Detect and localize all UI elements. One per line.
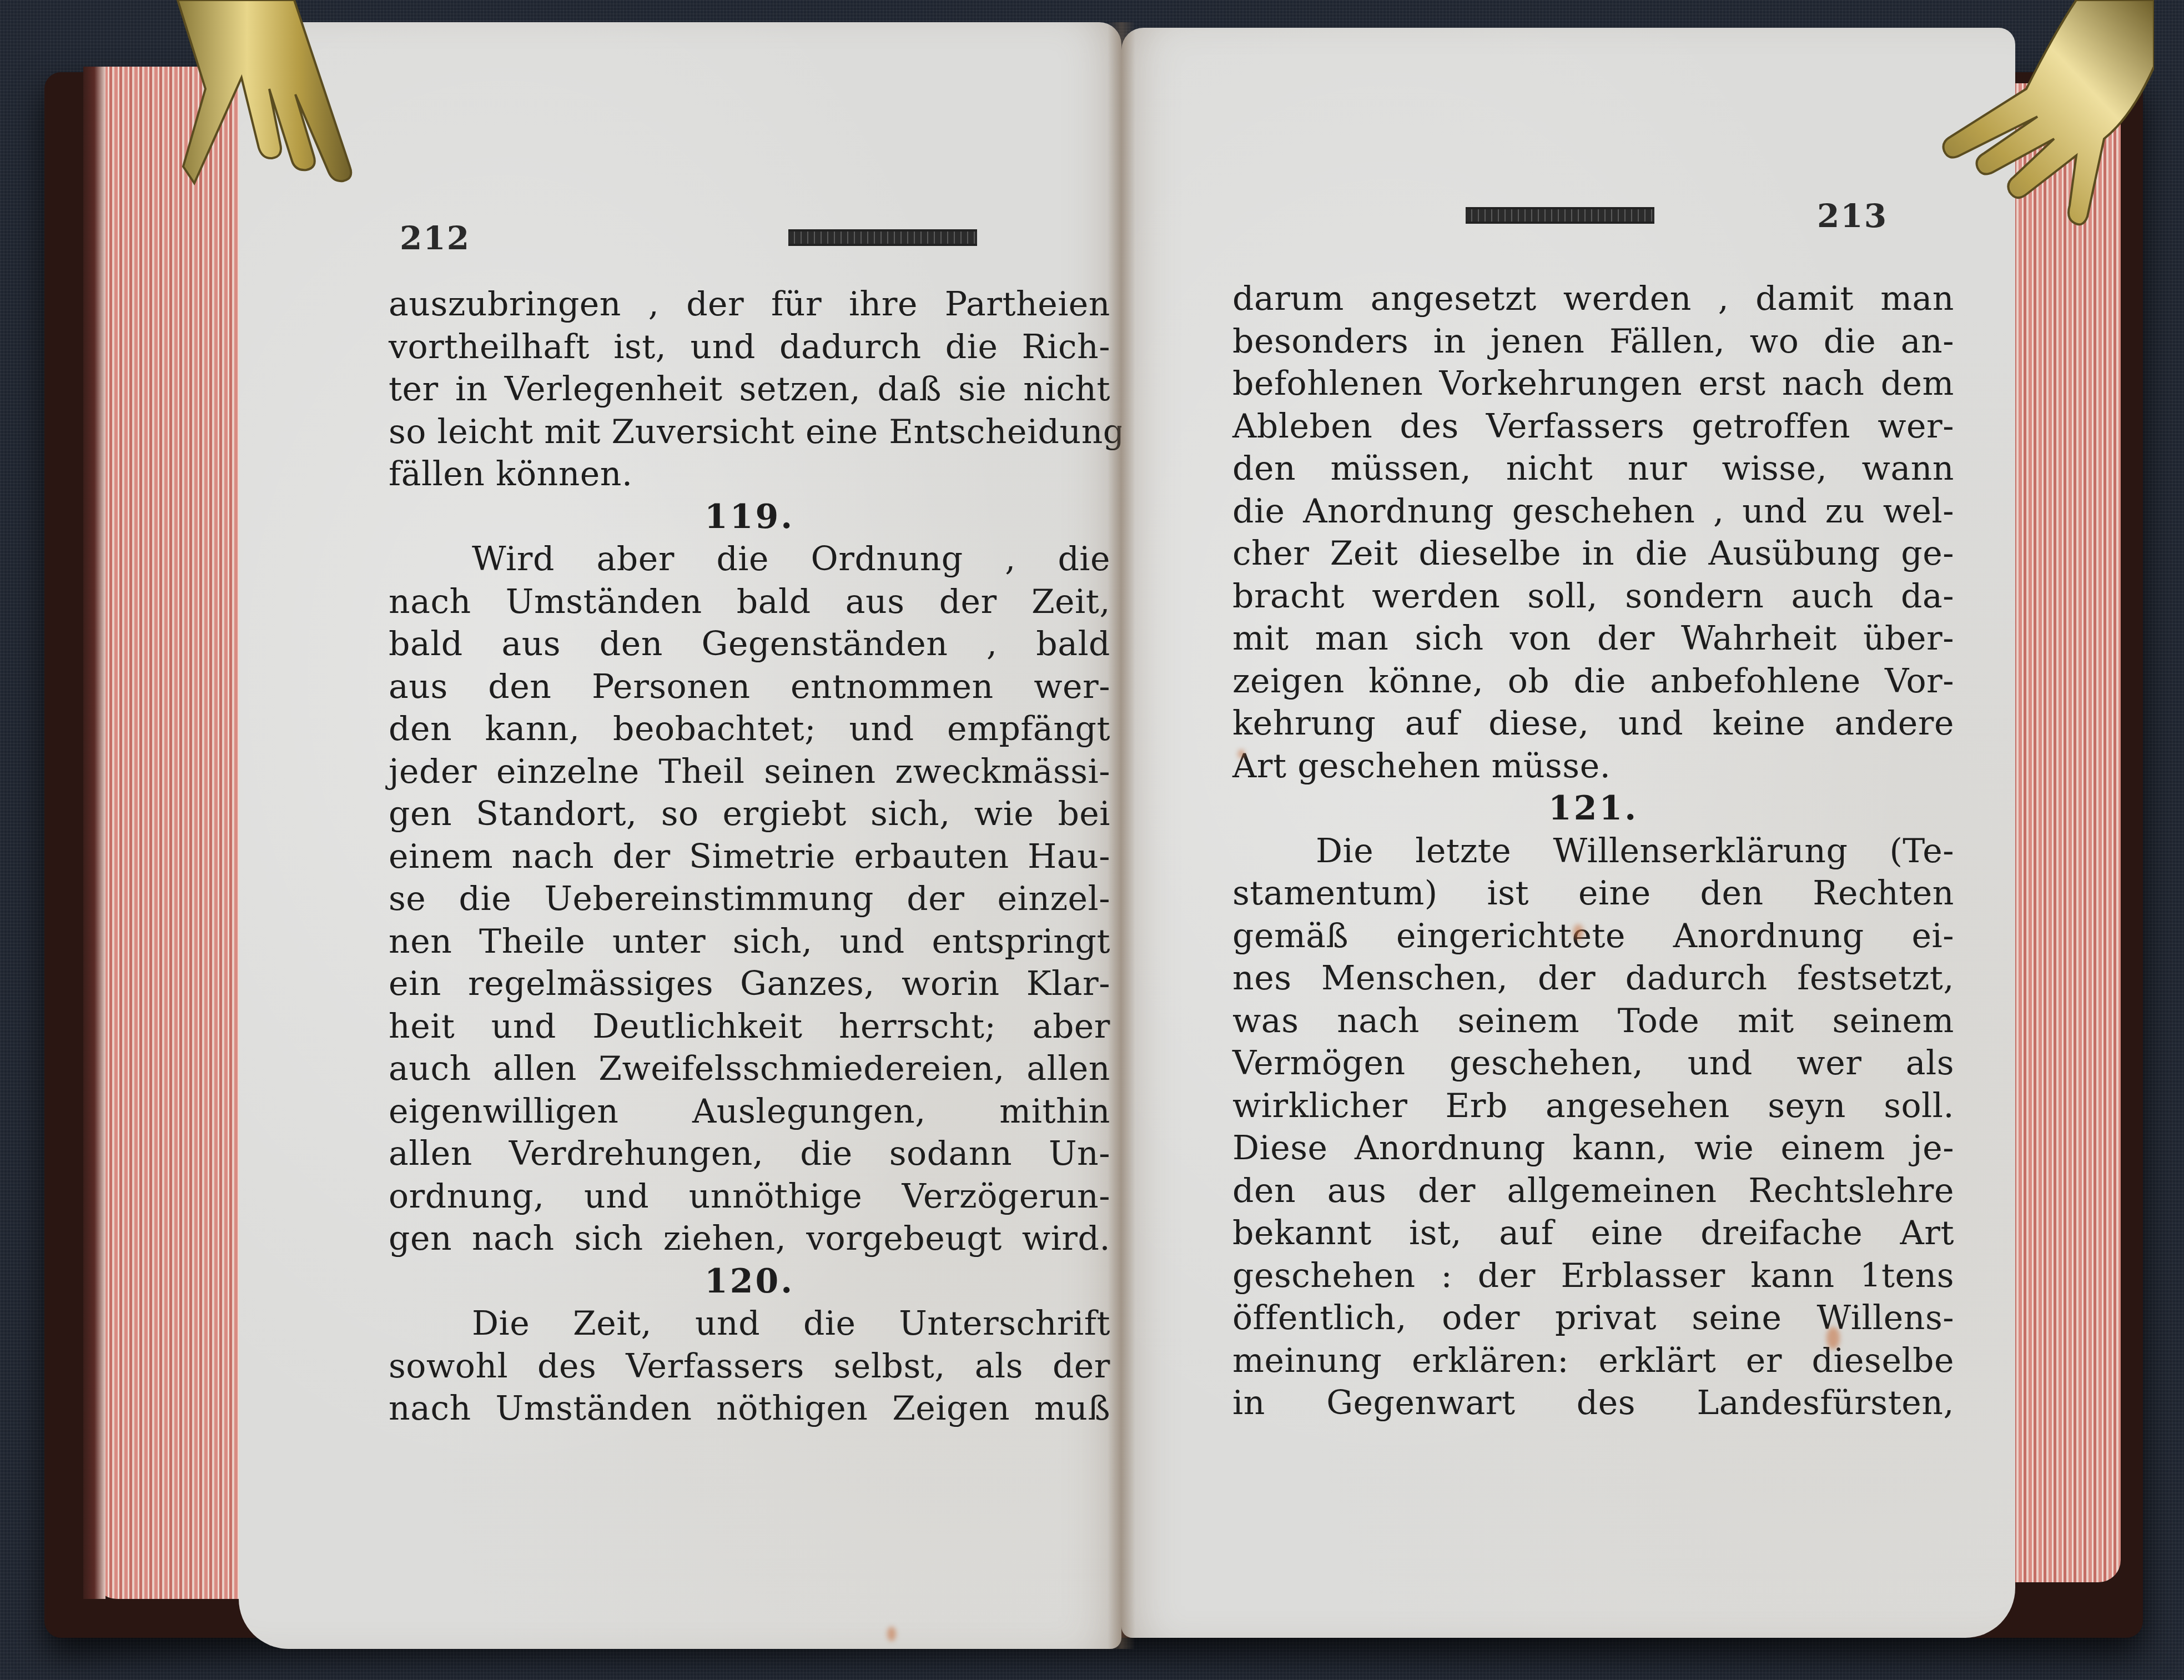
text-line: einem nach der Simetrie erbauten Hau- — [389, 836, 1110, 878]
text-line: stamentum) ist eine den Rechten — [1232, 872, 1954, 915]
text-line: in Gegenwart des Landesfürsten, — [1232, 1382, 1954, 1425]
text-line: Ableben des Verfassers getroffen wer- — [1232, 405, 1954, 448]
foxing-stain — [1826, 1327, 1840, 1349]
text-line: jeder einzelne Theil seinen zweckmässi- — [389, 751, 1110, 793]
text-line: vortheilhaft ist, und dadurch die Rich- — [389, 326, 1110, 369]
text-line: meinung erklären: erklärt er dieselbe — [1232, 1340, 1954, 1382]
text-line: den kann, beobachtet; und empfängt — [389, 708, 1110, 751]
right-page-edges — [1999, 83, 2121, 1582]
text-line: nach Umständen nöthigen Zeigen muß — [389, 1387, 1110, 1430]
foxing-stain — [1238, 750, 1245, 758]
text-line: Vermögen geschehen, und wer als — [1232, 1042, 1954, 1085]
text-line: nach Umständen bald aus der Zeit, — [389, 581, 1110, 623]
right-text-block: darum angesetzt werden , damit man beson… — [1232, 278, 1954, 1425]
paragraph-continuation: auszubringen , der für ihre Partheien vo… — [389, 283, 1110, 496]
left-text-block: auszubringen , der für ihre Partheien vo… — [389, 283, 1110, 1430]
text-line: zeigen könne, ob die anbefohlene Vor- — [1232, 660, 1954, 703]
text-line: darum angesetzt werden , damit man — [1232, 278, 1954, 320]
text-line: wirklicher Erb angesehen seyn soll. — [1232, 1085, 1954, 1128]
text-line: was nach seinem Tode mit seinem — [1232, 1000, 1954, 1043]
text-line: gemäß eingerichtete Anordnung ei- — [1232, 915, 1954, 958]
text-line: ordnung, und unnöthige Verzögerun- — [389, 1175, 1110, 1218]
right-running-head: 213 — [1166, 197, 1888, 230]
text-line: ein regelmässiges Ganzes, worin Klar- — [389, 963, 1110, 1005]
text-line: heit und Deutlichkeit herrscht; aber — [389, 1005, 1110, 1048]
text-line: so leicht mit Zuversicht eine Entscheidu… — [389, 411, 1110, 454]
left-page: 212 auszubringen , der für ihre Partheie… — [239, 22, 1121, 1649]
book-gutter — [1108, 22, 1135, 1649]
text-line: Die Zeit, und die Unterschrift — [389, 1302, 1110, 1345]
text-line: Wird aber die Ordnung , die — [389, 538, 1110, 581]
text-line: bracht werden soll, sondern auch da- — [1232, 575, 1954, 618]
section-number: 119. — [389, 496, 1110, 539]
foxing-stain — [887, 1627, 896, 1641]
text-line: fällen können. — [389, 453, 1110, 496]
brass-hand-right-icon — [1843, 0, 2154, 233]
book-photo: 212 auszubringen , der für ihre Partheie… — [0, 0, 2184, 1680]
text-line: bekannt ist, auf eine dreifache Art — [1232, 1212, 1954, 1255]
text-line: kehrung auf diese, und keine andere — [1232, 702, 1954, 745]
right-page: 213 darum angesetzt werden , damit man b… — [1121, 28, 2015, 1638]
text-line: den müssen, nicht nur wisse, wann — [1232, 447, 1954, 490]
section-120: 120. Die Zeit, und die Unterschrift sowo… — [389, 1260, 1110, 1430]
page-number-left: 212 — [400, 219, 470, 257]
header-rule — [1466, 207, 1654, 224]
text-line: sowohl des Verfassers selbst, als der — [389, 1345, 1110, 1388]
text-line: Art geschehen müsse. — [1232, 745, 1954, 788]
header-rule — [788, 229, 977, 246]
paragraph-continuation: darum angesetzt werden , damit man beson… — [1232, 278, 1954, 787]
section-number: 120. — [389, 1260, 1110, 1303]
text-line: den aus der allgemeinen Rechtslehre — [1232, 1170, 1954, 1213]
text-line: mit man sich von der Wahrheit über- — [1232, 617, 1954, 660]
text-line: ter in Verlegenheit setzen, daß sie nich… — [389, 368, 1110, 411]
text-line: eigenwilligen Auslegungen, mithin — [389, 1090, 1110, 1133]
text-line: allen Verdrehungen, die sodann Un- — [389, 1133, 1110, 1175]
section-number: 121. — [1232, 787, 1954, 830]
text-line: nes Menschen, der dadurch festsetzt, — [1232, 957, 1954, 1000]
brass-hand-left-icon — [167, 0, 400, 200]
text-line: auszubringen , der für ihre Partheien — [389, 283, 1110, 326]
foxing-stain — [1573, 924, 1583, 940]
text-line: Diese Anordnung kann, wie einem je- — [1232, 1127, 1954, 1170]
text-line: besonders in jenen Fällen, wo die an- — [1232, 320, 1954, 363]
text-line: aus den Personen entnommen wer- — [389, 666, 1110, 708]
text-line: auch allen Zweifelsschmiedereien, allen — [389, 1048, 1110, 1090]
section-119: 119. Wird aber die Ordnung , die nach Um… — [389, 496, 1110, 1260]
left-running-head: 212 — [400, 219, 1110, 253]
text-line: nen Theile unter sich, und entspringt — [389, 921, 1110, 963]
text-line: gen Standort, so ergiebt sich, wie bei — [389, 793, 1110, 836]
text-line: befohlenen Vorkehrungen erst nach dem — [1232, 363, 1954, 405]
text-line: öffentlich, oder privat seine Willens- — [1232, 1297, 1954, 1340]
text-line: geschehen : der Erblasser kann 1tens — [1232, 1255, 1954, 1297]
text-line: se die Uebereinstimmung der einzel- — [389, 878, 1110, 921]
text-line: die Anordnung geschehen , und zu wel- — [1232, 490, 1954, 533]
text-line: bald aus den Gegenständen , bald — [389, 623, 1110, 666]
text-line: cher Zeit dieselbe in die Ausübung ge- — [1232, 532, 1954, 575]
text-line: Die letzte Willenserklärung (Te- — [1232, 830, 1954, 873]
section-121: 121. Die letzte Willenserklärung (Te- st… — [1232, 787, 1954, 1425]
text-line: gen nach sich ziehen, vorgebeugt wird. — [389, 1218, 1110, 1260]
